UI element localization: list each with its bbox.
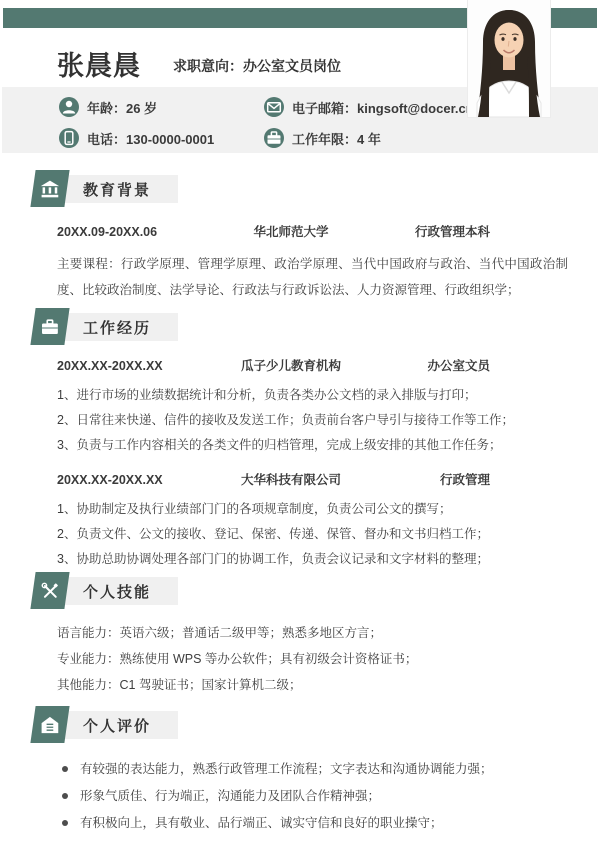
resume-page: 张晨晨 求职意向：办公室文员岗位 年龄：26 岁 电子邮箱：kingsoft@d… xyxy=(0,0,600,848)
evaluation-item-1: 有较强的表达能力，熟悉行政管理工作流程；文字表达和沟通协调能力强； xyxy=(62,756,568,783)
briefcase-icon xyxy=(264,128,284,148)
education-courses: 主要课程：行政学原理、管理学原理、政治学原理、当代中国政府与政治、当代中国政治制… xyxy=(57,251,568,303)
contact-phone: 电话：130-0000-0001 xyxy=(59,127,264,149)
job1-duty-1: 1、进行市场的业绩数据统计和分析，负责各类办公文档的录入排版与打印； xyxy=(57,383,568,408)
evaluation-text-3: 有积极向上，具有敬业、品行端正、诚实守信和良好的职业操守； xyxy=(80,810,443,837)
job1-duty-3: 3、负责与工作内容相关的各类文件的归档管理，完成上级安排的其他工作任务； xyxy=(57,433,568,458)
evaluation-header: 个人评价 xyxy=(0,706,600,746)
contact-phone-text: 电话：130-0000-0001 xyxy=(87,129,214,148)
job2-duty-3: 3、协助总助协调处理各部门门的协调工作，负责会议记录和文字材料的整理； xyxy=(57,547,568,572)
evaluation-title: 个人评价 xyxy=(83,715,151,736)
job2-period: 20XX.XX-20XX.XX xyxy=(57,473,207,487)
job1-title: 办公室文员 xyxy=(375,356,490,374)
education-header: 教育背景 xyxy=(0,170,600,210)
education-title: 教育背景 xyxy=(83,179,151,200)
candidate-name: 张晨晨 xyxy=(57,44,141,83)
bullet-dot xyxy=(62,820,68,826)
education-period: 20XX.09-20XX.06 xyxy=(57,225,207,239)
evaluation-text-1: 有较强的表达能力，熟悉行政管理工作流程；文字表达和沟通协调能力强； xyxy=(80,756,493,783)
job1-period: 20XX.XX-20XX.XX xyxy=(57,359,207,373)
contact-email-text: 电子邮箱：kingsoft@docer.cn xyxy=(292,98,474,117)
job2-duty-2: 2、负责文件、公文的接收、登记、保密、传递、保管、督办和文书归档工作； xyxy=(57,522,568,547)
tools-icon xyxy=(30,572,69,609)
contact-age: 年龄：26 岁 xyxy=(59,96,264,118)
education-school: 华北师范大学 xyxy=(207,222,375,240)
section-evaluation: 个人评价 有较强的表达能力，熟悉行政管理工作流程；文字表达和沟通协调能力强； 形… xyxy=(0,706,600,837)
experience-header: 工作经历 xyxy=(0,308,600,348)
bullet-dot xyxy=(62,793,68,799)
job1-entry-row: 20XX.XX-20XX.XX 瓜子少儿教育机构 办公室文员 xyxy=(57,356,490,374)
job1-company: 瓜子少儿教育机构 xyxy=(207,356,375,374)
evaluation-title-bar: 个人评价 xyxy=(56,711,178,739)
job2-duties: 1、协助制定及执行业绩部门门的各项规章制度，负责公司公文的撰写； 2、负责文件、… xyxy=(57,497,568,572)
job2-duty-1: 1、协助制定及执行业绩部门门的各项规章制度，负责公司公文的撰写； xyxy=(57,497,568,522)
skills-list: 语言能力：英语六级；普通话二级甲等；熟悉多地区方言； 专业能力：熟练使用 WPS… xyxy=(57,620,568,698)
section-skills: 个人技能 语言能力：英语六级；普通话二级甲等；熟悉多地区方言； 专业能力：熟练使… xyxy=(0,572,600,698)
evaluation-list: 有较强的表达能力，熟悉行政管理工作流程；文字表达和沟通协调能力强； 形象气质佳、… xyxy=(62,756,568,837)
user-icon xyxy=(59,97,79,117)
portrait-illustration xyxy=(468,0,550,117)
experience-title-bar: 工作经历 xyxy=(56,313,178,341)
job1-duties: 1、进行市场的业绩数据统计和分析，负责各类办公文档的录入排版与打印； 2、日常往… xyxy=(57,383,568,458)
education-title-bar: 教育背景 xyxy=(56,175,178,203)
contact-age-text: 年龄：26 岁 xyxy=(87,98,157,117)
skills-title: 个人技能 xyxy=(83,581,151,602)
contact-years-text: 工作年限：4 年 xyxy=(292,129,381,148)
skill-language: 语言能力：英语六级；普通话二级甲等；熟悉多地区方言； xyxy=(57,620,568,646)
skills-header: 个人技能 xyxy=(0,572,600,612)
education-degree: 行政管理本科 xyxy=(375,222,490,240)
education-entry-row: 20XX.09-20XX.06 华北师范大学 行政管理本科 xyxy=(57,222,490,240)
experience-title: 工作经历 xyxy=(83,317,151,338)
job2-title: 行政管理 xyxy=(375,470,490,488)
evaluation-text-2: 形象气质佳、行为端正，沟通能力及团队合作精神强； xyxy=(80,783,380,810)
briefcase-icon xyxy=(30,308,69,345)
name-row: 张晨晨 求职意向：办公室文员岗位 xyxy=(57,44,455,83)
section-experience: 工作经历 20XX.XX-20XX.XX 瓜子少儿教育机构 办公室文员 1、进行… xyxy=(0,308,600,572)
bullet-dot xyxy=(62,766,68,772)
skill-other: 其他能力：C1 驾驶证书；国家计算机二级； xyxy=(57,672,568,698)
evaluation-item-2: 形象气质佳、行为端正，沟通能力及团队合作精神强； xyxy=(62,783,568,810)
skill-professional: 专业能力：熟练使用 WPS 等办公软件；具有初级会计资格证书； xyxy=(57,646,568,672)
home-icon xyxy=(30,706,69,743)
phone-icon xyxy=(59,128,79,148)
job1-duty-2: 2、日常往来快递、信件的接收及发送工作；负责前台客户导引与接待工作等工作； xyxy=(57,408,568,433)
mail-icon xyxy=(264,97,284,117)
job-objective: 求职意向：办公室文员岗位 xyxy=(173,52,341,76)
job2-entry-row: 20XX.XX-20XX.XX 大华科技有限公司 行政管理 xyxy=(57,470,490,488)
section-education: 教育背景 20XX.09-20XX.06 华北师范大学 行政管理本科 主要课程：… xyxy=(0,170,600,303)
skills-title-bar: 个人技能 xyxy=(56,577,178,605)
profile-photo xyxy=(468,0,550,117)
evaluation-item-3: 有积极向上，具有敬业、品行端正、诚实守信和良好的职业操守； xyxy=(62,810,568,837)
contact-experience-years: 工作年限：4 年 xyxy=(264,127,598,149)
bank-icon xyxy=(30,170,69,207)
job2-company: 大华科技有限公司 xyxy=(207,470,375,488)
